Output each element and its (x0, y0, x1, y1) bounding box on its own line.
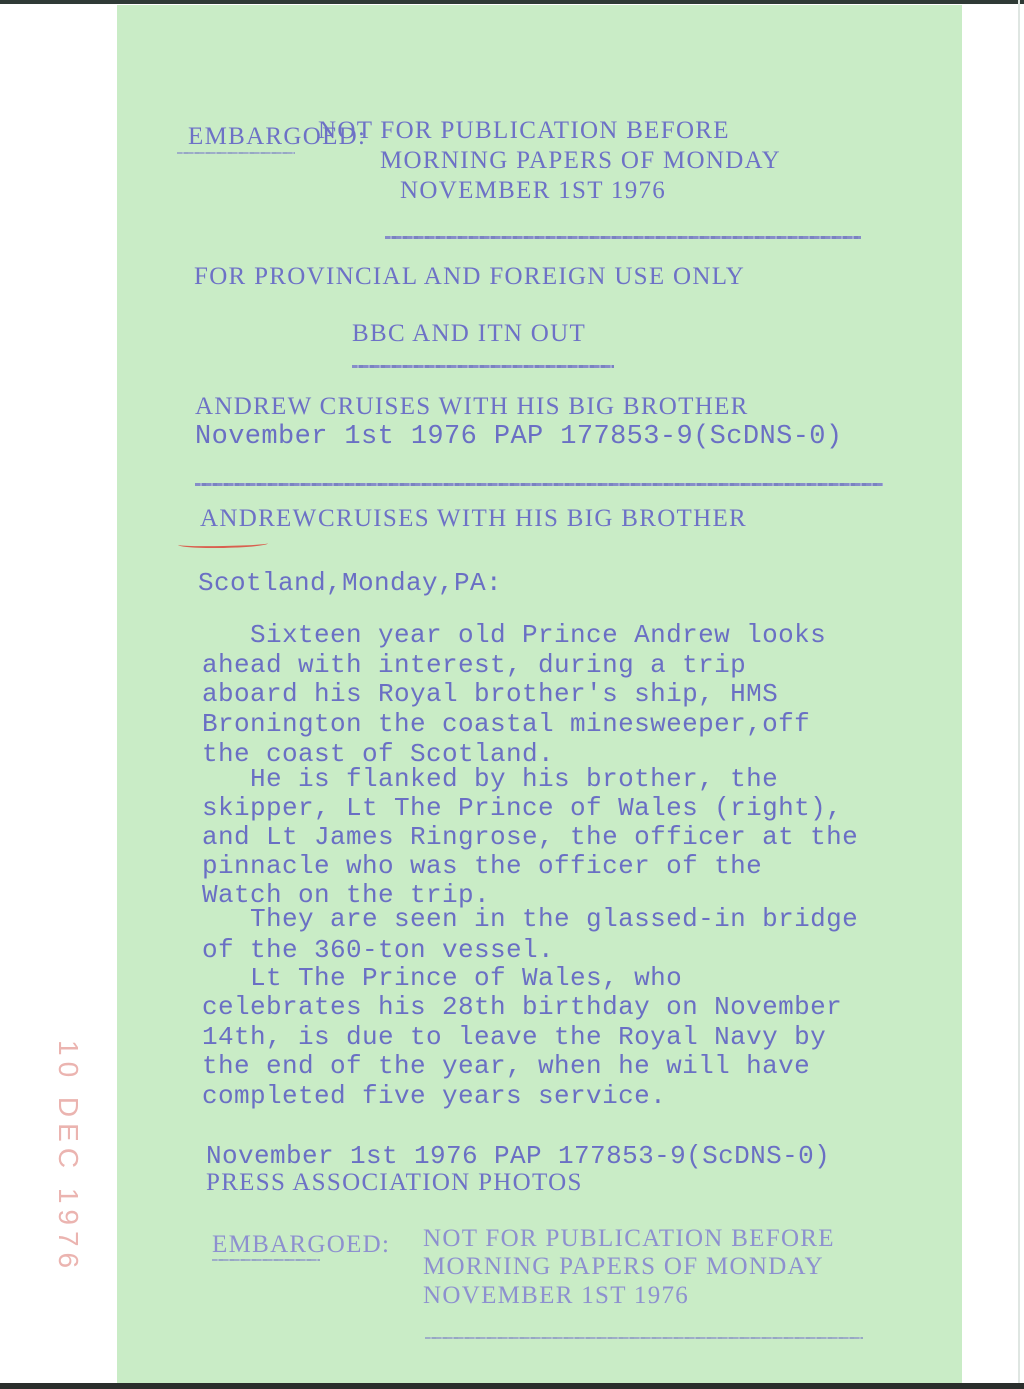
divider-3 (195, 483, 883, 486)
caption-line: aboard his Royal brother's ship, HMS (202, 681, 778, 707)
divider-2 (352, 365, 614, 368)
header-title: ANDREW CRUISES WITH HIS BIG BROTHER (195, 394, 749, 419)
footer-reference: November 1st 1976 PAP 177853-9(ScDNS-0) (206, 1143, 830, 1169)
caption-line: 14th, is due to leave the Royal Navy by (202, 1024, 826, 1050)
embargo-top-line-1: NOT FOR PUBLICATION BEFORE (318, 118, 730, 143)
embargo-top-line-2: MORNING PAPERS OF MONDAY (380, 148, 781, 173)
caption-line: Lt The Prince of Wales, who (202, 965, 682, 991)
embargo-top-line-3: NOVEMBER 1ST 1976 (400, 178, 666, 203)
embargo-bottom-line-1: NOT FOR PUBLICATION BEFORE (423, 1226, 835, 1251)
divider-bottom (425, 1337, 863, 1339)
caption-line: ahead with interest, during a trip (202, 652, 746, 678)
embargo-bottom-label-underline (212, 1259, 320, 1261)
caption-line: Bronington the coastal minesweeper,off (202, 711, 810, 737)
embargo-bottom-label: EMBARGOED: (212, 1232, 390, 1257)
header-reference: November 1st 1976 PAP 177853-9(ScDNS-0) (195, 424, 843, 451)
received-date-stamp: 10 DEC 1976 (52, 1040, 84, 1274)
footer-credit: PRESS ASSOCIATION PHOTOS (206, 1170, 583, 1195)
scan-border-top (0, 0, 1024, 4)
embargo-bottom-line-3: NOVEMBER 1ST 1976 (423, 1283, 689, 1308)
caption-headline-keyword: ANDREW (200, 506, 318, 531)
caption-line: celebrates his 28th birthday on November (202, 994, 842, 1020)
caption-line: They are seen in the glassed-in bridge (202, 906, 858, 932)
caption-line: and Lt James Ringrose, the officer at th… (202, 824, 858, 850)
caption-line: completed five years service. (202, 1083, 666, 1109)
embargo-top-label-underline (177, 152, 295, 154)
caption-line: He is flanked by his brother, the (202, 766, 778, 792)
scan-border-bottom (0, 1383, 1024, 1389)
caption-headline-rest: CRUISES WITH HIS BIG BROTHER (318, 506, 747, 531)
caption-dateline: Scotland,Monday,PA: (198, 570, 502, 596)
usage-notice-line-2: BBC AND ITN OUT (352, 321, 586, 346)
caption-line: skipper, Lt The Prince of Wales (right), (202, 795, 842, 821)
caption-line: pinnacle who was the officer of the (202, 853, 762, 879)
scan-border-right (1018, 0, 1020, 1389)
caption-line: Sixteen year old Prince Andrew looks (202, 622, 826, 648)
divider-1 (385, 236, 861, 239)
embargo-bottom-line-2: MORNING PAPERS OF MONDAY (423, 1254, 824, 1279)
usage-notice-line-1: FOR PROVINCIAL AND FOREIGN USE ONLY (194, 264, 745, 289)
caption-line: of the 360-ton vessel. (202, 937, 554, 963)
caption-line: the end of the year, when he will have (202, 1053, 810, 1079)
